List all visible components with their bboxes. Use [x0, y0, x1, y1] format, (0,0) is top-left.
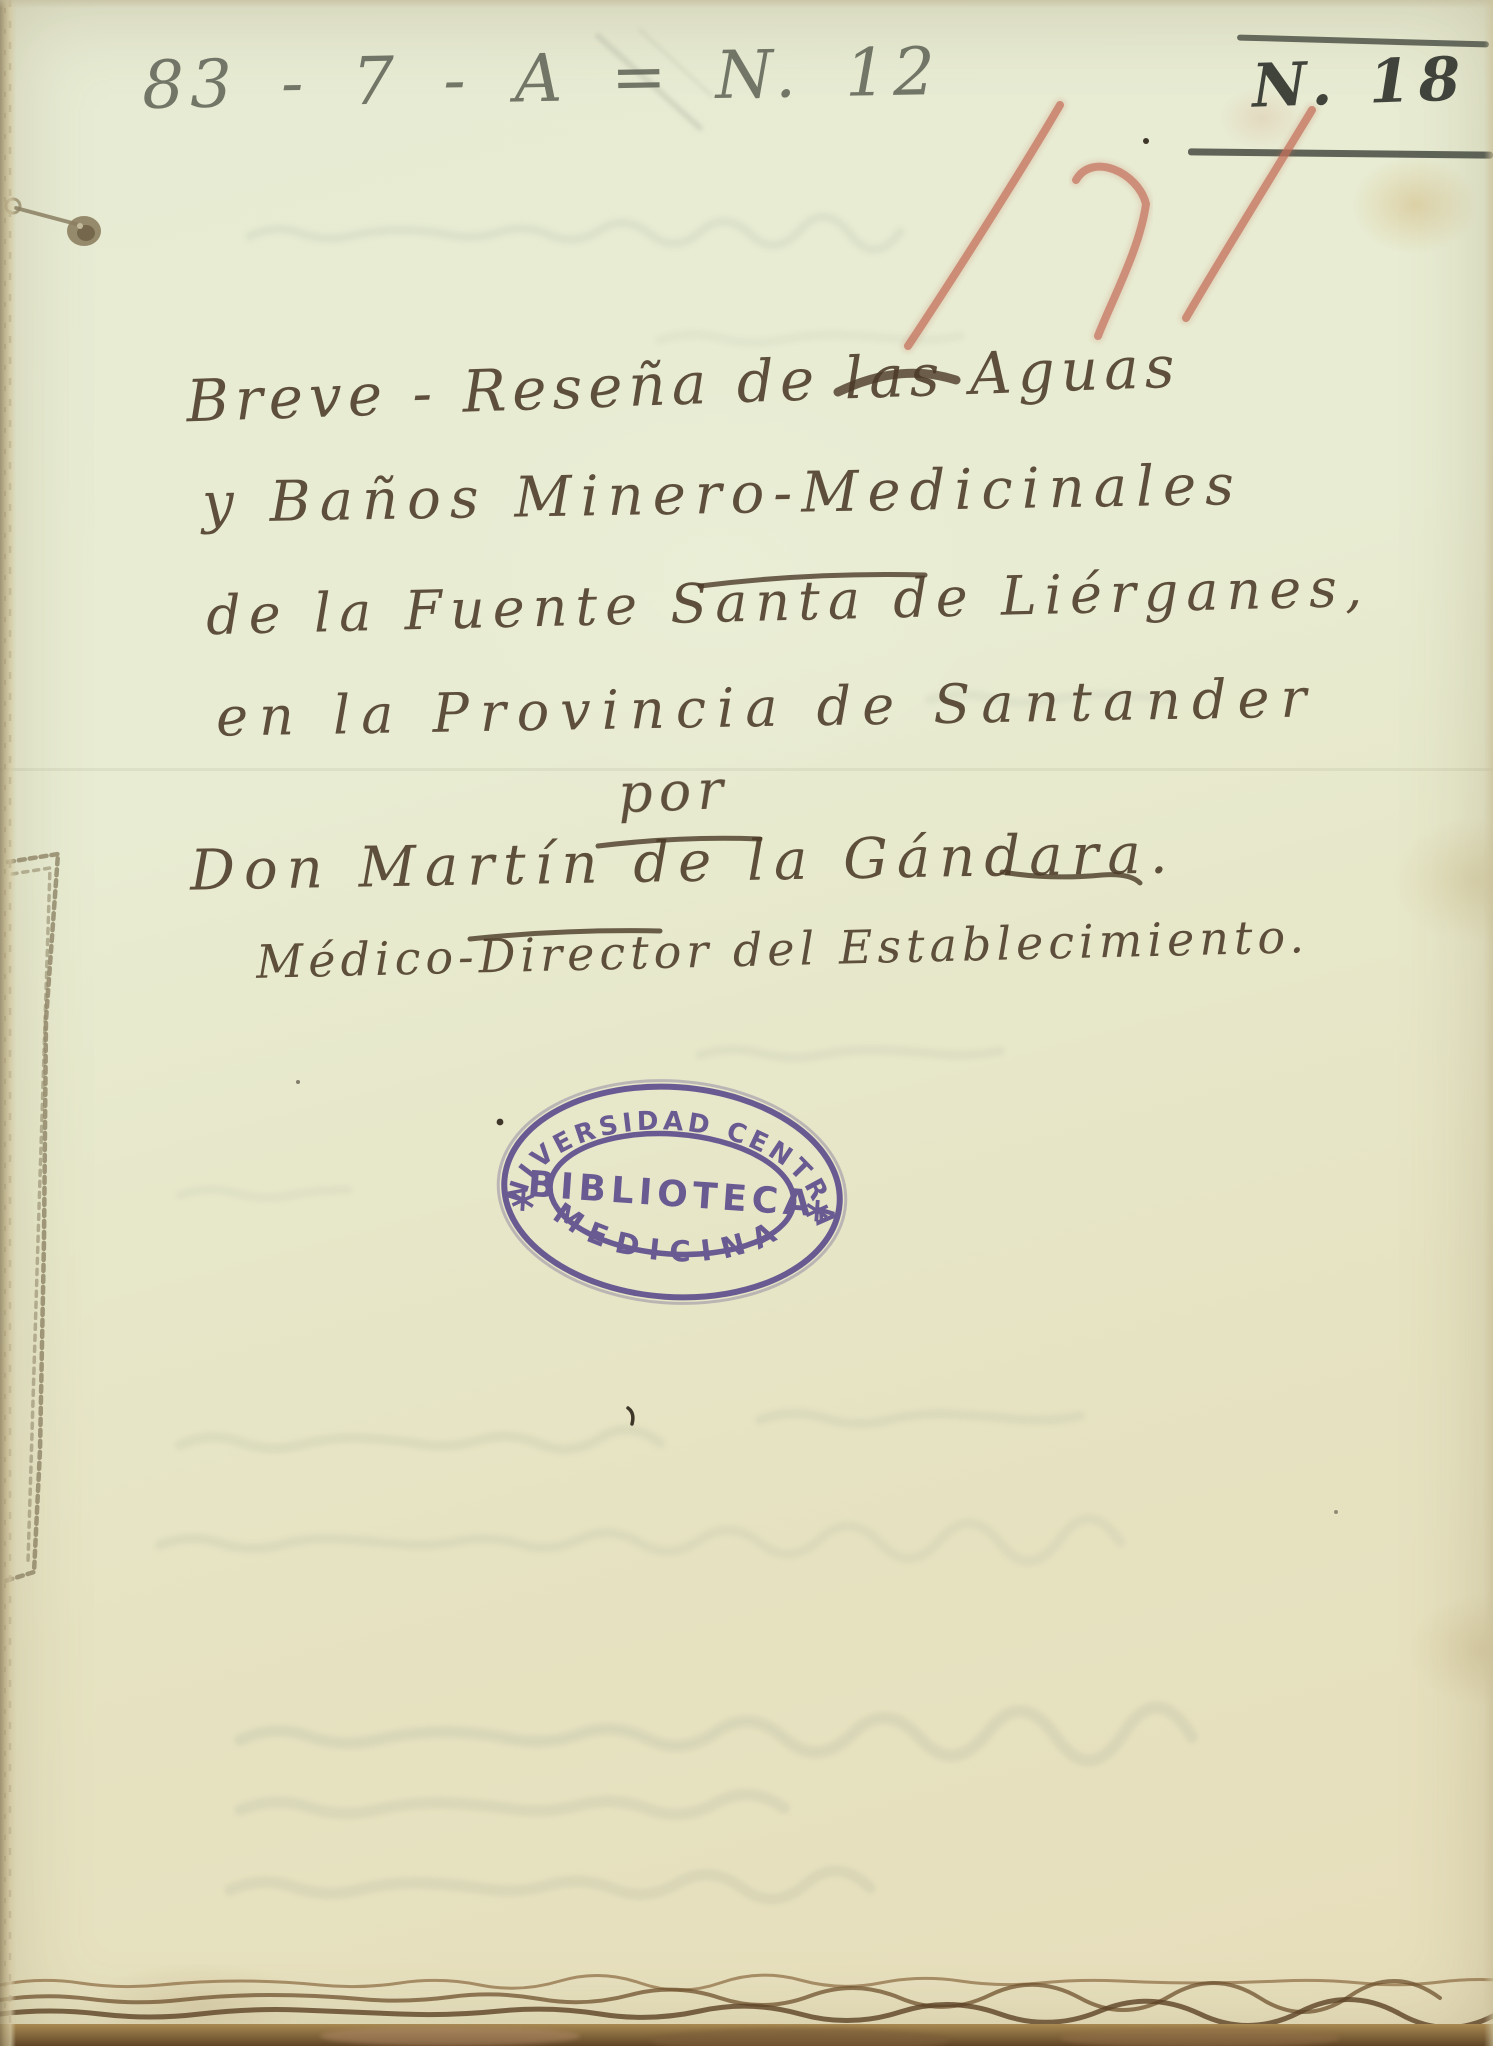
- bleed-through-layer: [0, 0, 1493, 2046]
- title-line-5: por: [617, 758, 730, 825]
- manuscript-page: 83 - 7 - A = N. 12 N. 18 Breve - Reseña …: [0, 0, 1493, 2046]
- page-left-edge: [0, 0, 16, 2046]
- pencil-shelfmark: 83 - 7 - A = N. 12: [141, 33, 941, 124]
- corner-number: N. 18: [1251, 44, 1470, 122]
- page-top-edge: [0, 0, 1493, 8]
- page-right-edge: [1484, 0, 1493, 2046]
